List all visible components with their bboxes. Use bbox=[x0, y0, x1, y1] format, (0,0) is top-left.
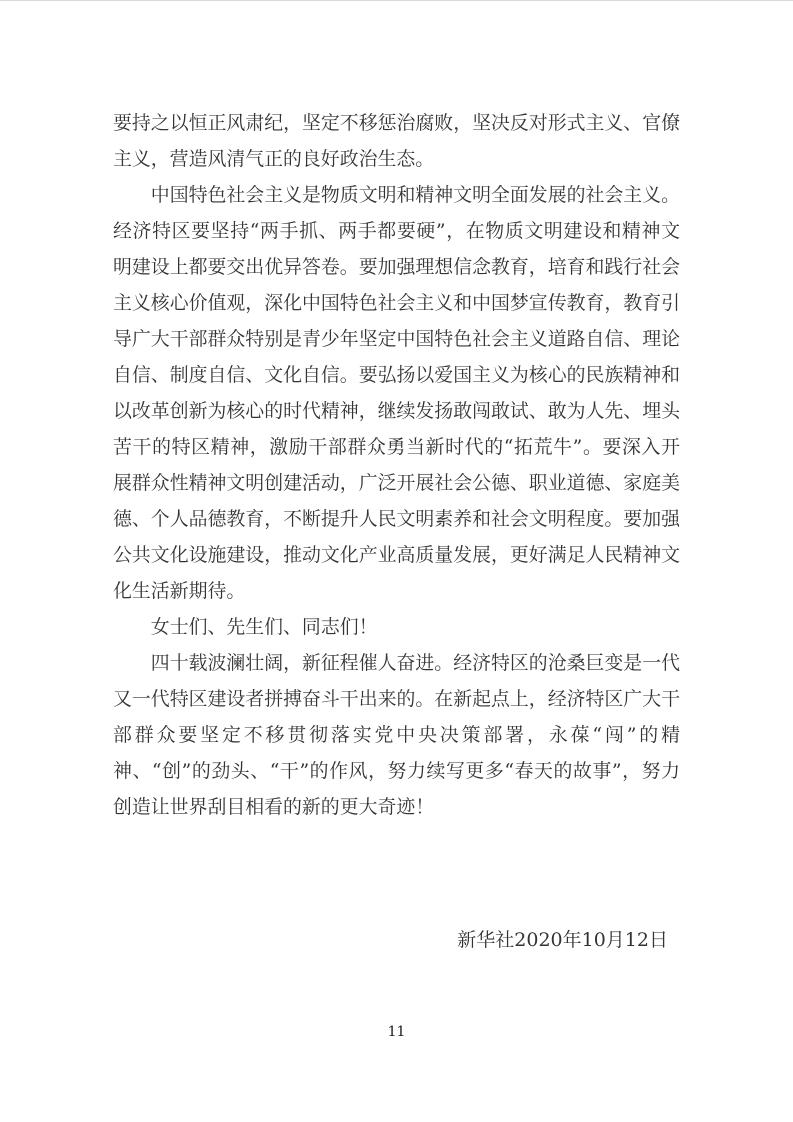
document-page: 要持之以恒正风肃纪，坚定不移惩治腐败，坚决反对形式主义、官僚主义，营造风清气正的… bbox=[0, 0, 793, 1122]
page-number: 11 bbox=[0, 1022, 793, 1042]
document-body: 要持之以恒正风肃纪，坚定不移惩治腐败，坚决反对形式主义、官僚主义，营造风清气正的… bbox=[113, 105, 680, 958]
body-paragraph: 女士们、先生们、同志们！ bbox=[113, 609, 680, 645]
body-paragraph: 四十载波澜壮阔，新征程催人奋进。经济特区的沧桑巨变是一代又一代特区建设者拼搏奋斗… bbox=[113, 645, 680, 825]
page-top-divider bbox=[0, 0, 793, 1]
signature-dateline: 新华社2020年10月12日 bbox=[113, 922, 668, 958]
body-paragraph: 要持之以恒正风肃纪，坚定不移惩治腐败，坚决反对形式主义、官僚主义，营造风清气正的… bbox=[113, 105, 680, 177]
body-paragraph: 中国特色社会主义是物质文明和精神文明全面发展的社会主义。经济特区要坚持“两手抓、… bbox=[113, 177, 680, 609]
